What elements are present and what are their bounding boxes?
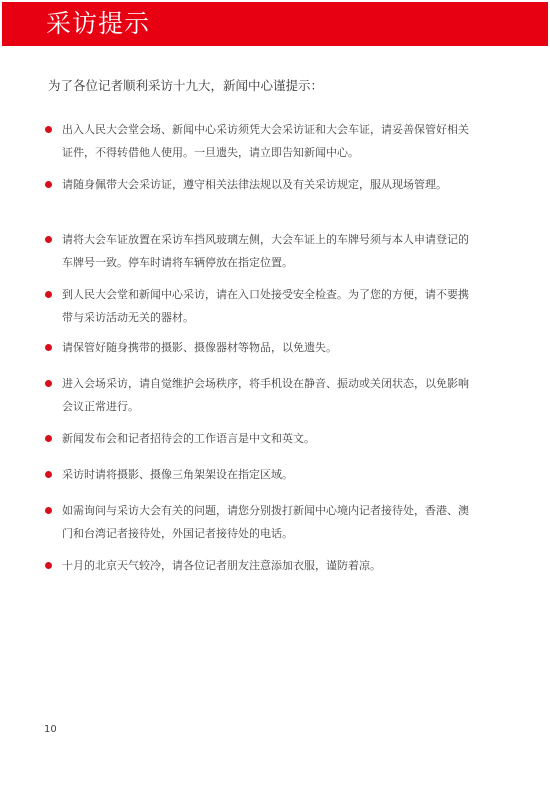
tip-text: 如需询问与采访大会有关的问题，请您分别拨打新闻中心境内记者接待处，香港、澳门和台… <box>62 504 469 540</box>
bullet-dot-icon <box>45 435 52 442</box>
tip-text: 到人民大会堂和新闻中心采访，请在入口处接受安全检查。为了您的方便，请不要携带与采… <box>62 288 469 324</box>
tip-item: 如需询问与采访大会有关的问题，请您分别拨打新闻中心境内记者接待处，香港、澳门和台… <box>48 499 478 545</box>
bullet-dot-icon <box>45 126 52 133</box>
tip-item: 请随身佩带大会采访证，遵守相关法律法规以及有关采访规定，服从现场管理。 <box>48 173 478 196</box>
bullet-dot-icon <box>45 471 52 478</box>
intro-text: 为了各位记者顺利采访十九大，新闻中心谨提示： <box>48 77 323 95</box>
tip-item: 到人民大会堂和新闻中心采访，请在入口处接受安全检查。为了您的方便，请不要携带与采… <box>48 283 478 329</box>
page-number: 10 <box>44 724 57 735</box>
tip-text: 进入会场采访，请自觉维护会场秩序，将手机设在静音、振动或关闭状态，以免影响会议正… <box>62 377 469 413</box>
bullet-dot-icon <box>45 236 52 243</box>
tip-item: 出入人民大会堂会场、新闻中心采访须凭大会采访证和大会车证，请妥善保管好相关证件，… <box>48 118 478 164</box>
tip-item: 进入会场采访，请自觉维护会场秩序，将手机设在静音、振动或关闭状态，以免影响会议正… <box>48 372 478 418</box>
tip-item: 十月的北京天气较冷，请各位记者朋友注意添加衣服，谨防着凉。 <box>48 554 478 577</box>
bullet-dot-icon <box>45 181 52 188</box>
bullet-dot-icon <box>45 380 52 387</box>
tip-text: 请将大会车证放置在采访车挡风玻璃左侧，大会车证上的车牌号须与本人申请登记的车牌号… <box>62 233 469 269</box>
bullet-dot-icon <box>45 562 52 569</box>
tip-text: 请保管好随身携带的摄影、摄像器材等物品，以免遗失。 <box>62 341 337 354</box>
tip-item: 请保管好随身携带的摄影、摄像器材等物品，以免遗失。 <box>48 336 478 359</box>
tip-item: 采访时请将摄影、摄像三角架架设在指定区域。 <box>48 463 478 486</box>
tip-text: 新闻发布会和记者招待会的工作语言是中文和英文。 <box>62 432 315 445</box>
tip-item: 请将大会车证放置在采访车挡风玻璃左侧，大会车证上的车牌号须与本人申请登记的车牌号… <box>48 228 478 274</box>
tip-item: 新闻发布会和记者招待会的工作语言是中文和英文。 <box>48 427 478 450</box>
document-page: 采访提示 为了各位记者顺利采访十九大，新闻中心谨提示： 出入人民大会堂会场、新闻… <box>0 0 550 800</box>
tip-text: 请随身佩带大会采访证，遵守相关法律法规以及有关采访规定，服从现场管理。 <box>62 178 447 191</box>
tip-text: 十月的北京天气较冷，请各位记者朋友注意添加衣服，谨防着凉。 <box>62 559 381 572</box>
bullet-dot-icon <box>45 291 52 298</box>
bullet-dot-icon <box>45 344 52 351</box>
page-title: 采访提示 <box>46 8 150 40</box>
tip-text: 出入人民大会堂会场、新闻中心采访须凭大会采访证和大会车证，请妥善保管好相关证件，… <box>62 123 469 159</box>
header-banner: 采访提示 <box>2 2 548 46</box>
bullet-dot-icon <box>45 507 52 514</box>
tip-text: 采访时请将摄影、摄像三角架架设在指定区域。 <box>62 468 293 481</box>
